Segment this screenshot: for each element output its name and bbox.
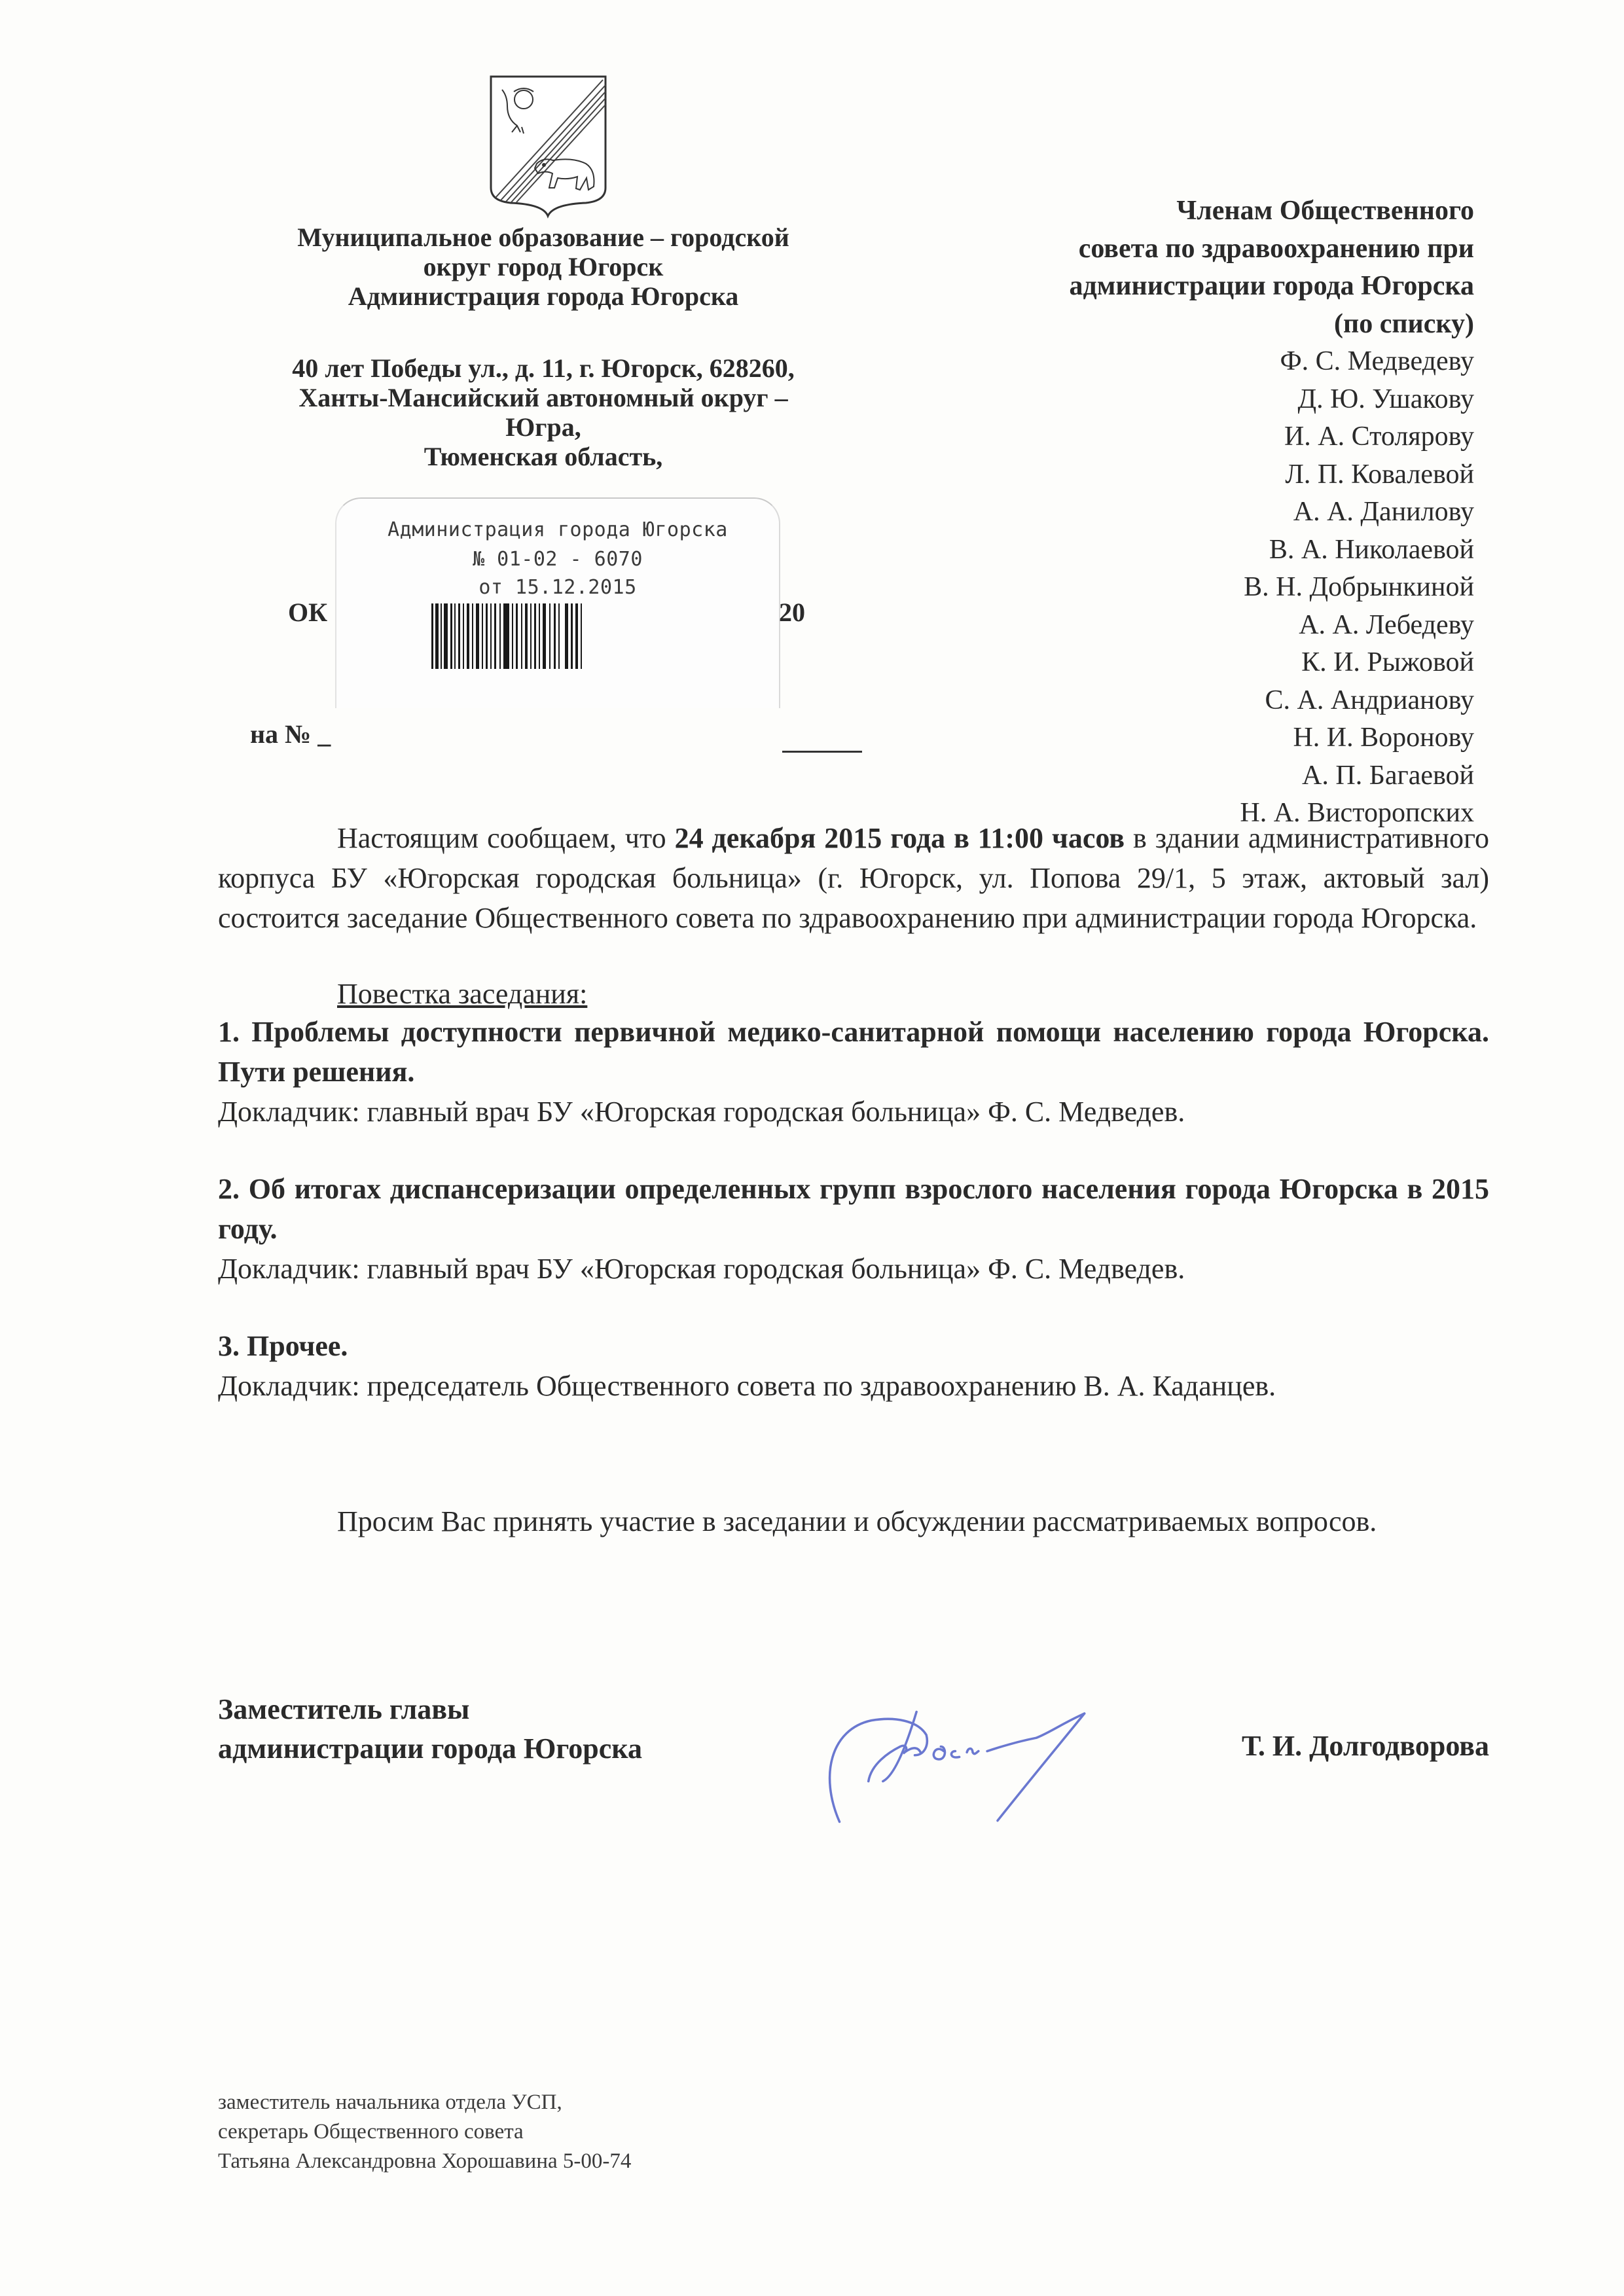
intro-paragraph: Настоящим сообщаем, что 24 декабря 2015 …: [218, 818, 1489, 938]
agenda-item: 2. Об итогах диспансеризации определенны…: [218, 1169, 1489, 1289]
signatory-name: Т. И. Долгодворова: [1191, 1729, 1489, 1763]
footer-line: заместитель начальника отдела УСП,: [218, 2088, 631, 2117]
stamp-number: № 01-02 - 6070: [336, 548, 779, 571]
address-line: Тюменская область,: [236, 442, 851, 471]
agenda-item: 3. Прочее. Докладчик: председатель Общес…: [218, 1326, 1489, 1406]
agenda-heading: Повестка заседания:: [337, 977, 587, 1011]
agenda-item-title: 2. Об итогах диспансеризации определенны…: [218, 1169, 1489, 1249]
recipients-title: совета по здравоохранению при: [916, 230, 1474, 268]
recipients-title: администрации города Югорска: [916, 268, 1474, 306]
agenda-item-speaker: Докладчик: главный врач БУ «Югорская гор…: [218, 1092, 1489, 1132]
position-line: администрации города Югорска: [218, 1729, 642, 1768]
signatory-position: Заместитель главы администрации города Ю…: [218, 1690, 642, 1768]
address-line: Югра,: [236, 412, 851, 442]
recipient-name: В. А. Николаевой: [916, 531, 1474, 569]
org-line: округ город Югорск: [236, 252, 851, 281]
recipient-name: Ф. С. Медведеву: [916, 343, 1474, 381]
recipient-name: К. И. Рыжовой: [916, 644, 1474, 682]
recipient-name: А. А. Лебедеву: [916, 607, 1474, 645]
address-line: 40 лет Победы ул., д. 11, г. Югорск, 628…: [236, 353, 851, 383]
reply-reference-label: на № _: [250, 719, 331, 749]
reply-date-line: [782, 751, 862, 753]
intro-text: Настоящим сообщаем, что: [337, 822, 675, 854]
executor-info: заместитель начальника отдела УСП, секре…: [218, 2088, 631, 2176]
handwritten-signature-icon: [795, 1689, 1110, 1839]
date-fragment: 20: [779, 597, 805, 628]
org-line: Администрация города Югорска: [236, 281, 851, 311]
footer-line: Татьяна Александровна Хорошавина 5-00-74: [218, 2147, 631, 2176]
stamp-organization: Администрация города Югорска: [336, 518, 779, 541]
sender-organization: Муниципальное образование – городской ок…: [236, 223, 851, 311]
position-line: Заместитель главы: [218, 1690, 642, 1729]
recipient-name: Н. И. Воронову: [916, 719, 1474, 757]
address-line: Ханты-Мансийский автономный округ –: [236, 383, 851, 412]
stamp-date: от 15.12.2015: [336, 576, 779, 599]
recipient-name: В. Н. Добрынкиной: [916, 569, 1474, 607]
registration-stamp: Администрация города Югорска № 01-02 - 6…: [335, 497, 780, 708]
coat-of-arms-icon: [488, 73, 609, 219]
recipients-title: (по списку): [916, 306, 1474, 344]
agenda-item-title: 3. Прочее.: [218, 1326, 1489, 1366]
agenda-item-title: 1. Проблемы доступности первичной медико…: [218, 1012, 1489, 1092]
recipient-name: И. А. Столярову: [916, 418, 1474, 456]
agenda-item-speaker: Докладчик: председатель Общественного со…: [218, 1366, 1489, 1406]
org-line: Муниципальное образование – городской: [236, 223, 851, 252]
barcode-icon: [431, 603, 588, 669]
recipients-title: Членам Общественного: [916, 192, 1474, 230]
agenda-item-speaker: Докладчик: главный врач БУ «Югорская гор…: [218, 1249, 1489, 1289]
okpo-fragment: ОК: [288, 597, 327, 628]
request-paragraph: Просим Вас принять участие в заседании и…: [218, 1501, 1489, 1541]
agenda-item: 1. Проблемы доступности первичной медико…: [218, 1012, 1489, 1132]
meeting-datetime: 24 декабря 2015 года в 11:00 часов: [675, 822, 1125, 854]
recipient-name: А. П. Багаевой: [916, 757, 1474, 795]
sender-address: 40 лет Победы ул., д. 11, г. Югорск, 628…: [236, 353, 851, 471]
recipient-name: Л. П. Ковалевой: [916, 456, 1474, 494]
recipient-name: С. А. Андрианову: [916, 682, 1474, 720]
recipient-name: А. А. Данилову: [916, 493, 1474, 531]
footer-line: секретарь Общественного совета: [218, 2117, 631, 2147]
recipient-name: Д. Ю. Ушакову: [916, 381, 1474, 419]
recipients-block: Членам Общественного совета по здравоохр…: [916, 192, 1474, 833]
